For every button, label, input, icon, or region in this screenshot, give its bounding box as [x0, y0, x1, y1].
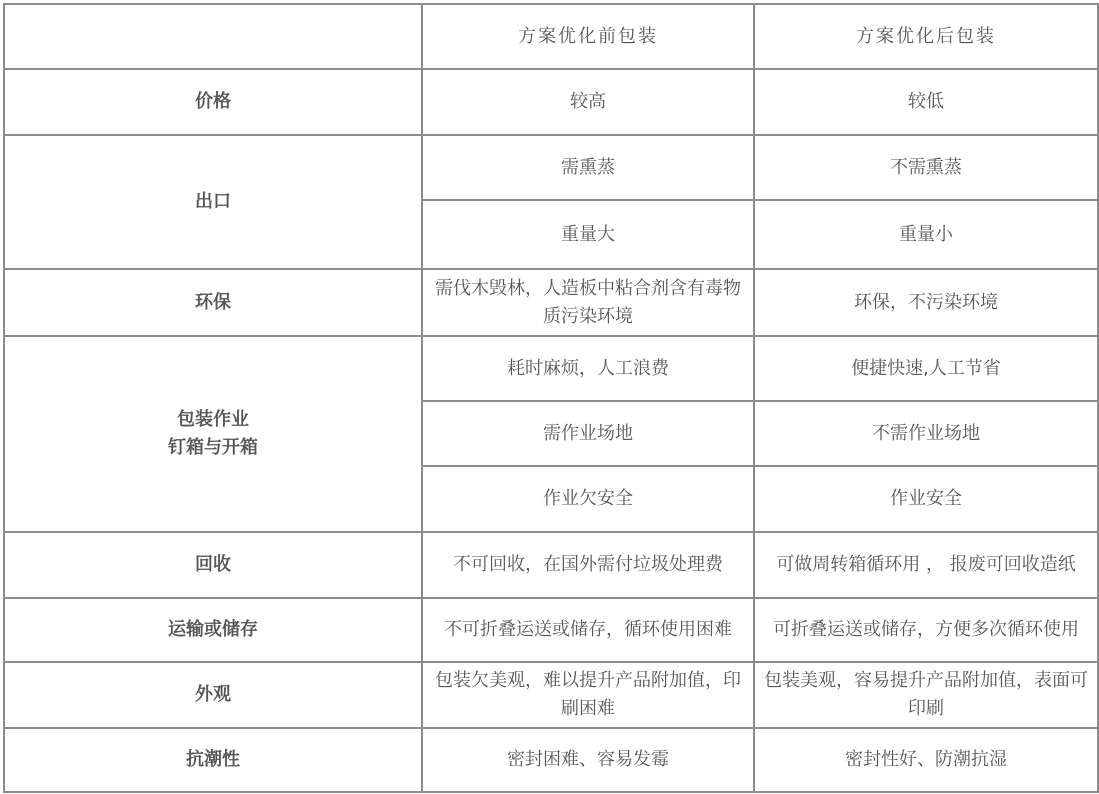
- cell-moisture-after: 密封性好、防潮抗湿: [754, 728, 1098, 792]
- row-label-recycle: 回收: [4, 532, 422, 598]
- cell-export-2-after: 重量小: [754, 200, 1098, 269]
- row-label-transport: 运输或储存: [4, 598, 422, 662]
- cell-packaging-1-before: 耗时麻烦，人工浪费: [422, 336, 754, 401]
- cell-packaging-3-after: 作业安全: [754, 466, 1098, 532]
- cell-appearance-after: 包装美观，容易提升产品附加值，表面可印刷: [754, 662, 1098, 728]
- cell-environment-before: 需伐木毁林，人造板中粘合剂含有毒物质污染环境: [422, 269, 754, 336]
- table-row-recycle: 回收 不可回收，在国外需付垃圾处理费 可做周转箱循环用 ， 报废可回收造纸: [4, 532, 1098, 598]
- cell-appearance-before: 包装欠美观，难以提升产品附加值，印刷困难: [422, 662, 754, 728]
- comparison-table: 方案优化前包装 方案优化后包装 价格 较高 较低 出口 需熏蒸 不需熏蒸 重量大…: [3, 3, 1099, 793]
- table-row-export-1: 出口 需熏蒸 不需熏蒸: [4, 135, 1098, 200]
- row-label-environment: 环保: [4, 269, 422, 336]
- cell-packaging-2-after: 不需作业场地: [754, 401, 1098, 466]
- header-row: 方案优化前包装 方案优化后包装: [4, 4, 1098, 69]
- cell-export-1-after: 不需熏蒸: [754, 135, 1098, 200]
- row-label-moisture: 抗潮性: [4, 728, 422, 792]
- row-label-packaging-line2: 钉箱与开箱: [11, 434, 415, 462]
- table-row-transport: 运输或储存 不可折叠运送或储存，循环使用困难 可折叠运送或储存，方便多次循环使用: [4, 598, 1098, 662]
- header-empty-cell: [4, 4, 422, 69]
- cell-transport-before: 不可折叠运送或储存，循环使用困难: [422, 598, 754, 662]
- table-row-moisture: 抗潮性 密封困难、容易发霉 密封性好、防潮抗湿: [4, 728, 1098, 792]
- table-row-appearance: 外观 包装欠美观，难以提升产品附加值，印刷困难 包装美观，容易提升产品附加值，表…: [4, 662, 1098, 728]
- cell-price-after: 较低: [754, 69, 1098, 135]
- row-label-appearance: 外观: [4, 662, 422, 728]
- cell-export-1-before: 需熏蒸: [422, 135, 754, 200]
- table-row-environment: 环保 需伐木毁林，人造板中粘合剂含有毒物质污染环境 环保，不污染环境: [4, 269, 1098, 336]
- cell-environment-after: 环保，不污染环境: [754, 269, 1098, 336]
- cell-packaging-1-after: 便捷快速,人工节省: [754, 336, 1098, 401]
- cell-export-2-before: 重量大: [422, 200, 754, 269]
- table-row-packaging-1: 包装作业 钉箱与开箱 耗时麻烦，人工浪费 便捷快速,人工节省: [4, 336, 1098, 401]
- row-label-packaging-line1: 包装作业: [11, 406, 415, 434]
- cell-moisture-before: 密封困难、容易发霉: [422, 728, 754, 792]
- table-row-price: 价格 较高 较低: [4, 69, 1098, 135]
- cell-recycle-after: 可做周转箱循环用 ， 报废可回收造纸: [754, 532, 1098, 598]
- row-label-packaging: 包装作业 钉箱与开箱: [4, 336, 422, 532]
- header-after-optimization: 方案优化后包装: [754, 4, 1098, 69]
- cell-packaging-2-before: 需作业场地: [422, 401, 754, 466]
- cell-transport-after: 可折叠运送或储存，方便多次循环使用: [754, 598, 1098, 662]
- row-label-export: 出口: [4, 135, 422, 269]
- cell-packaging-3-before: 作业欠安全: [422, 466, 754, 532]
- row-label-price: 价格: [4, 69, 422, 135]
- cell-price-before: 较高: [422, 69, 754, 135]
- cell-recycle-before: 不可回收，在国外需付垃圾处理费: [422, 532, 754, 598]
- header-before-optimization: 方案优化前包装: [422, 4, 754, 69]
